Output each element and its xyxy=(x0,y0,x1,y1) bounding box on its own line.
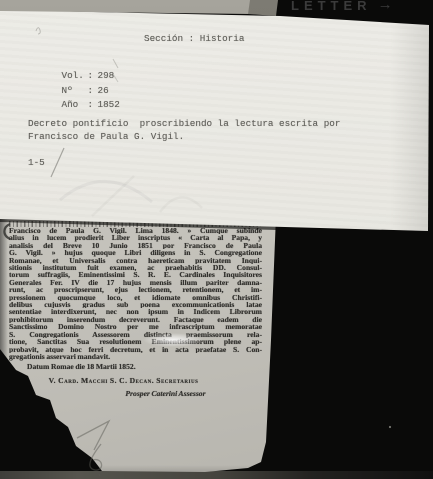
decree-line: delibus cujusvis gradus sub poena excomm… xyxy=(9,301,262,308)
card-description-line2: Francisco de Paula G. Vigil. xyxy=(28,131,184,142)
decree-line: runt, ac proscripserunt, ejus lectionem,… xyxy=(9,286,262,293)
decree-assessor-signature: Prosper Caterini Assessor xyxy=(39,390,292,397)
archive-photo: LETTER → Francisco de Paula G. Vigil. Li… xyxy=(0,0,433,479)
glare-highlight xyxy=(143,333,203,347)
decree-line: tione, Sanctitas Sua resolutionem Eminen… xyxy=(9,338,262,345)
decree-line: prohibitorum inserendum decreverunt. Fac… xyxy=(9,316,262,323)
decree-line: S. Congregationis Assessorem distincta p… xyxy=(9,331,262,338)
field-label: Año xyxy=(61,99,87,110)
decree-line: Romanae, et Universalis contra haeretica… xyxy=(9,257,262,264)
decree-line: Generales Fer. IV die 17 hujus mensis il… xyxy=(9,279,262,286)
decree-line: torum suffragiis, Eminentissimi S. R. E.… xyxy=(9,271,262,278)
letter-corner-label: LETTER → xyxy=(291,0,393,13)
decree-line: G. Vigil. » hujus quoque Libri diligens … xyxy=(9,249,262,256)
decree-line: sitionis institutum fuit examen, ac prae… xyxy=(9,264,262,271)
decree-line: sententiae interdixerunt, nec non ipsum … xyxy=(9,308,262,315)
field-value: 1852 xyxy=(97,99,119,110)
decree-line: alius in lucem prodierit Liber inscriptu… xyxy=(9,234,262,241)
right-arrow-icon: → xyxy=(378,0,393,12)
decree-secretary-signature: V. Card. Macchi S. C. Decan. Secretarius xyxy=(0,377,250,384)
decree-datum-line: Datum Romae die 18 Martii 1852. xyxy=(9,363,262,370)
decree-line: pressionem quocumque loco, et idiomate o… xyxy=(9,294,262,301)
decree-text-block: Francisco de Paula G. Vigil. Lima 1848. … xyxy=(9,227,262,397)
card-section-line: Sección : Historia xyxy=(144,33,244,44)
decree-line: gregationis asservari mandavit. xyxy=(9,353,262,360)
letter-corner-text: LETTER xyxy=(291,0,372,13)
decree-line: Sanctissimo Domino Nostro per me infrasc… xyxy=(9,323,262,330)
dust-speck xyxy=(389,426,391,428)
card-page-ref: 1-5 xyxy=(28,157,45,168)
table-edge-band xyxy=(0,471,433,479)
decree-line: analisis del Breve 10 Junio 1851 por Fra… xyxy=(9,242,262,249)
card-description-line1: Decreto pontificio proscribiendo la lect… xyxy=(28,118,340,129)
field-separator: : xyxy=(87,99,97,110)
card-field-year: Año:1852 xyxy=(28,88,120,121)
